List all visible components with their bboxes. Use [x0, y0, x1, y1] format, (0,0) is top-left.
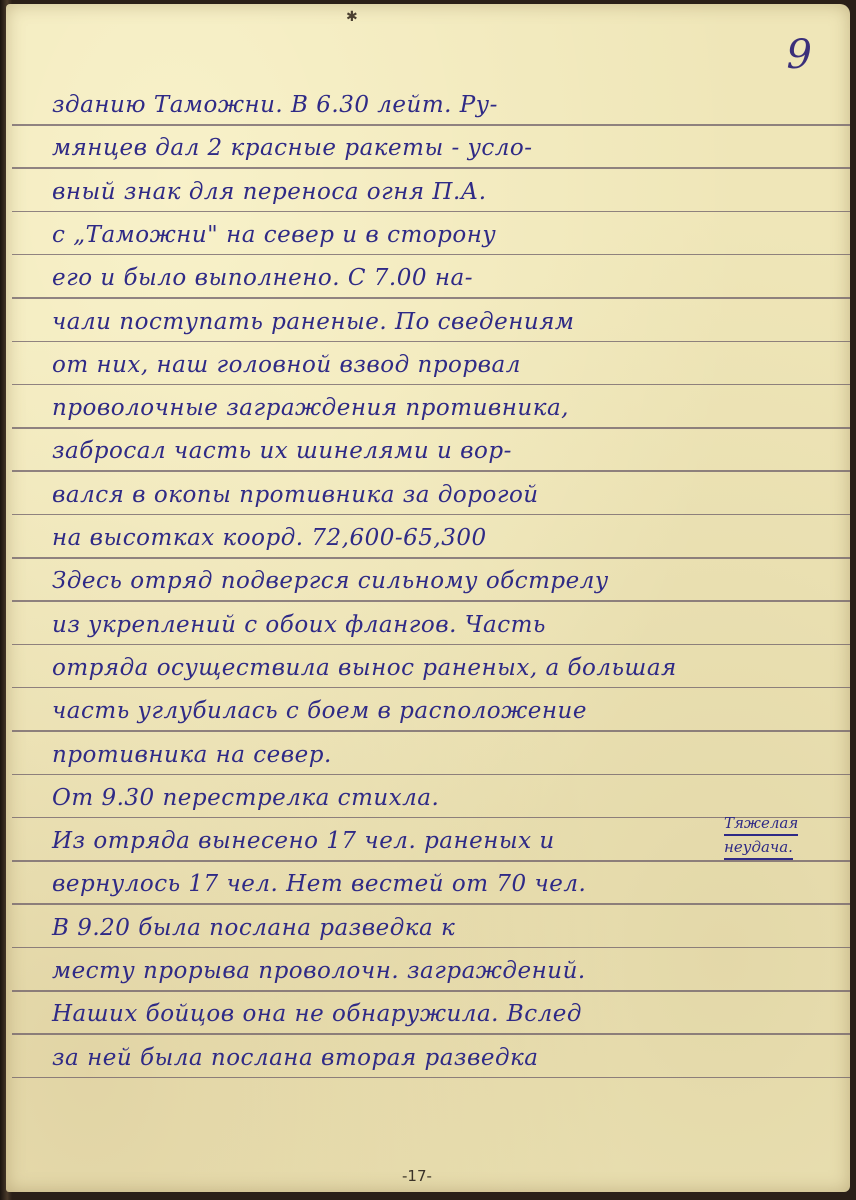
ruled-line [12, 384, 850, 386]
text-line: мянцев дал 2 красные ракеты - усло- [52, 135, 700, 161]
page-number: 9 [787, 32, 812, 78]
ruled-line [12, 774, 850, 776]
ruled-line [12, 644, 850, 646]
ruled-line [12, 470, 850, 472]
text-line: Из отряда вынесено 17 чел. раненых и [52, 828, 700, 854]
ruled-line [12, 427, 850, 429]
text-line: В 9.20 была послана разведка к [52, 915, 700, 941]
margin-note-line: неудача. [724, 836, 793, 860]
text-line: Здесь отряд подвергся сильному обстрелу [52, 568, 700, 594]
text-line: вернулось 17 чел. Нет вестей от 70 чел. [52, 871, 700, 897]
ruled-line [12, 687, 850, 689]
ruled-line [12, 1033, 850, 1035]
ruled-line [12, 211, 850, 213]
text-line: проволочные заграждения противника, [52, 395, 700, 421]
ruled-line [12, 990, 850, 992]
text-line: за ней была послана вторая разведка [52, 1045, 700, 1071]
ruled-line [12, 730, 850, 732]
text-line: из укреплений с обоих флангов. Часть [52, 612, 700, 638]
ruled-line [12, 124, 850, 126]
margin-note-line: Тяжелая [724, 812, 798, 836]
text-line: вный знак для переноса огня П.А. [52, 179, 700, 205]
text-line: забросал часть их шинелями и вор- [52, 438, 700, 464]
notebook-page: ✱ 9 зданию Таможни. В 6.30 лейт. Ру-мянц… [6, 4, 850, 1192]
footer-page-number: -17- [402, 1167, 432, 1185]
ruled-line [12, 514, 850, 516]
text-line: на высотках коорд. 72,600-65,300 [52, 525, 700, 551]
ink-mark: ✱ [346, 9, 358, 25]
text-line: Наших бойцов она не обнаружила. Вслед [52, 1001, 700, 1027]
text-line: вался в окопы противника за дорогой [52, 482, 700, 508]
text-line: чали поступать раненые. По сведениям [52, 309, 700, 335]
text-line: от них, наш головной взвод прорвал [52, 352, 700, 378]
text-line: зданию Таможни. В 6.30 лейт. Ру- [52, 92, 700, 118]
ruled-line [12, 947, 850, 949]
ruled-line [12, 254, 850, 256]
text-line: часть углубилась с боем в расположение [52, 698, 700, 724]
text-line: отряда осуществила вынос раненых, а боль… [52, 655, 700, 681]
ruled-line [12, 860, 850, 862]
ruled-line [12, 903, 850, 905]
ruled-line [12, 341, 850, 343]
text-line: с „Таможни" на север и в сторону [52, 222, 700, 248]
ruled-line [12, 600, 850, 602]
ruled-line [12, 167, 850, 169]
text-line: месту прорыва проволочн. заграждений. [52, 958, 700, 984]
ruled-line [12, 1077, 850, 1079]
ruled-line [12, 297, 850, 299]
text-line: противника на север. [52, 742, 700, 768]
margin-note: Тяжелая неудача. [724, 812, 844, 860]
text-line: От 9.30 перестрелка стихла. [52, 785, 700, 811]
ruled-line [12, 557, 850, 559]
text-line: его и было выполнено. С 7.00 на- [52, 265, 700, 291]
